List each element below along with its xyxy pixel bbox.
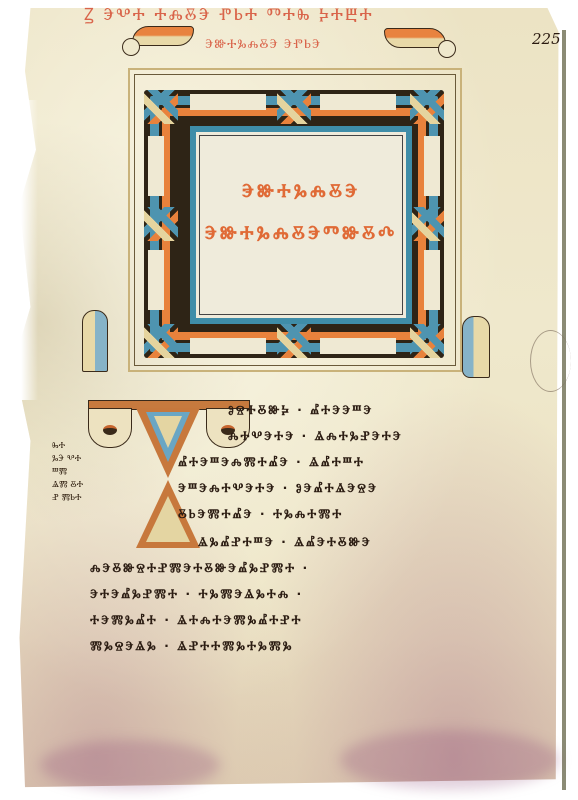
scroll-ornament-left: [122, 24, 194, 56]
text-line: ⰎⰀⰂⰅⰀⰅ · ⰡⰎⰀⰃⰐⰅⰀⰅ: [228, 428, 403, 444]
decorated-initial: [88, 400, 248, 550]
knot-ornament: [277, 90, 311, 124]
leaf-ornament-right: [462, 316, 490, 378]
purple-stain-left: [40, 740, 220, 790]
purple-stain-right: [340, 730, 560, 790]
text-line: ⰌⰀⰅⰞⰅⰎⰏⰀⰌⰅ · ⰡⰌⰀⰞⰀ: [178, 454, 365, 470]
knot-ornament: [410, 324, 444, 358]
margin-note: ⰈⰀ ⰃⰅ ⰂⰀ ⰞⰏ ⰡⰏ ⰋⰀ Ⱀ ⰏⰓⰀ: [52, 440, 102, 505]
knot-ornament: [144, 324, 178, 358]
text-line: ⰡⰃⰌⰐⰀⰞⰅ · ⰡⰌⰅⰀⰋⰖⰅ: [198, 534, 372, 550]
leaf-ornament-left: [82, 310, 108, 372]
incipit-rubric: ⰅⰖⰀⰃⰎⰋⰅ ⰅⰒⰓⰅ: [205, 37, 321, 52]
text-line: ⰅⰀⰅⰌⰃⰐⰏⰀ · ⰀⰃⰏⰅⰡⰃⰀⰎ ·: [90, 586, 303, 602]
knot-ornament: [277, 324, 311, 358]
torn-left-edge: [14, 100, 38, 400]
knot-ornament: [410, 90, 444, 124]
text-line: ⰀⰅⰏⰃⰌⰀ · ⰡⰀⰎⰀⰅⰏⰃⰌⰀⰐⰀ: [90, 612, 303, 628]
headpiece-title-line-2: ⰅⰖⰀⰃⰎⰋⰅⰕⰖⰋⰄ: [196, 222, 406, 244]
knot-ornament: [410, 207, 444, 241]
headpiece-title-line-1: ⰅⰖⰀⰃⰎⰋⰅ: [196, 180, 406, 202]
text-line: ⰋⰓⰅⰏⰀⰌⰅ · ⰀⰃⰎⰀⰏⰀ: [178, 506, 343, 522]
margin-scribble: [530, 330, 571, 392]
knot-ornament: [144, 90, 178, 124]
folio-number: 225: [532, 30, 561, 48]
headpiece-title-panel: ⰅⰖⰀⰃⰎⰋⰅ ⰅⰖⰀⰃⰎⰋⰅⰕⰖⰋⰄ: [190, 126, 412, 324]
knot-ornament: [144, 207, 178, 241]
text-line: ⰅⰞⰅⰎⰀⰂⰅⰀⰅ · ⰑⰅⰌⰀⰡⰅⰔⰅ: [178, 480, 378, 496]
top-rubric: Ꙁ ⰅⰂⰀ ⰀⰎⰋⰅ ⰒⰓⰀ ⰕⰀⰈ ⰍⰀⰁⰀ: [84, 2, 374, 25]
text-line: ⰑⰔⰀⰋⰖⰍ · ⰌⰀⰅⰅⰞⰅ: [228, 402, 373, 418]
page-right-edge-shadow: [562, 30, 566, 790]
text-line: ⰎⰅⰋⰖⰔⰀⰐⰏⰅⰀⰋⰖⰅⰌⰃⰐⰏⰀ ·: [90, 560, 309, 576]
text-line: ⰏⰃⰔⰅⰡⰃ · ⰡⰐⰀⰀⰏⰃⰀⰃⰏⰃ: [90, 638, 294, 654]
scroll-ornament-right: [384, 26, 456, 58]
